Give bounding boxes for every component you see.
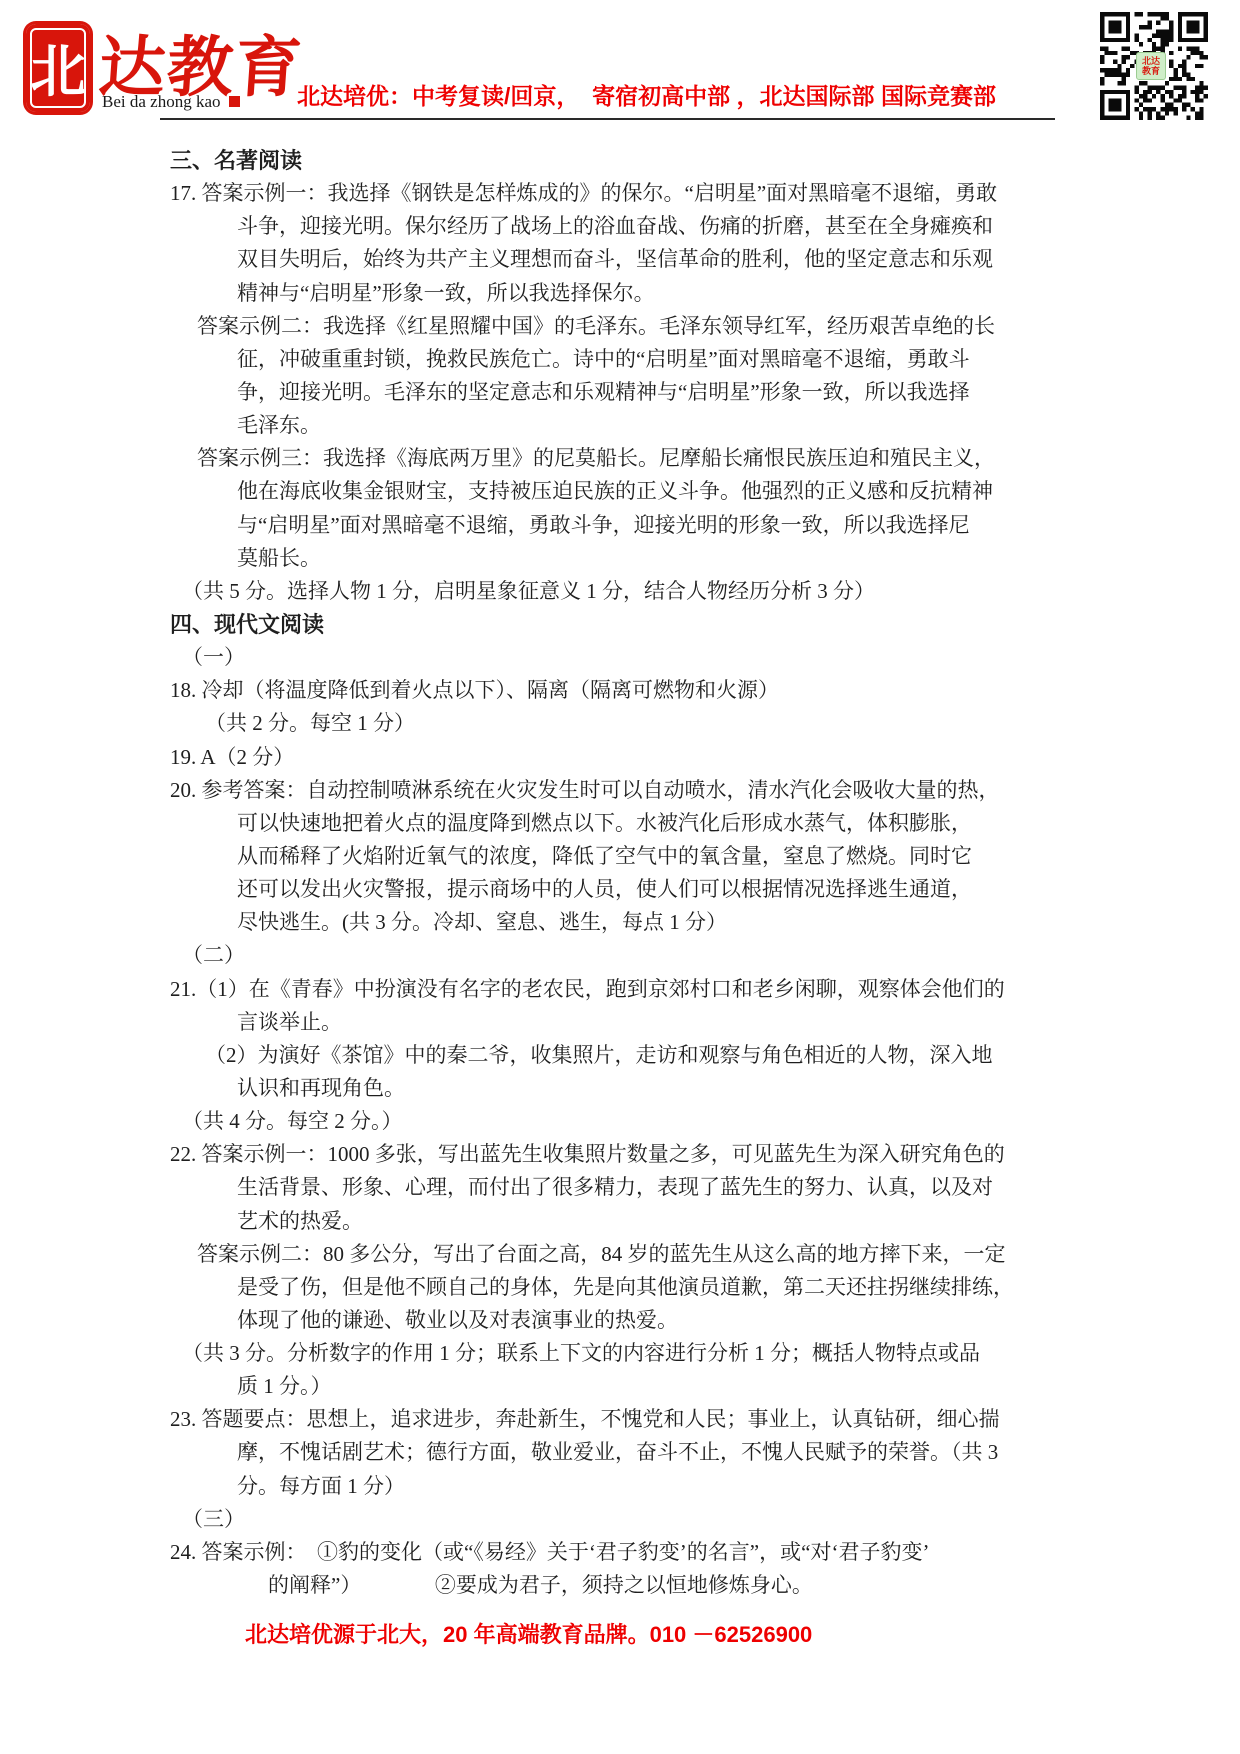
text-line: 18. 冷却（将温度降低到着火点以下）、隔离（隔离可燃物和火源）: [170, 674, 1090, 707]
text-line: 答案示例三：我选择《海底两万里》的尼莫船长。尼摩船长痛恨民族压迫和殖民主义，: [170, 442, 1090, 475]
text-line: 三、名著阅读: [170, 144, 1090, 177]
red-square-icon: [229, 96, 240, 107]
text-line: 双目失明后，始终为共产主义理想而奋斗，坚信革命的胜利，他的坚定意志和乐观: [170, 243, 1090, 276]
footer-contact: 北达培优源于北大，20 年高端教育品牌。010 －62526900: [245, 1618, 812, 1649]
text-line: 答案示例二：我选择《红星照耀中国》的毛泽东。毛泽东领导红军，经历艰苦卓绝的长: [170, 310, 1090, 343]
text-line: 17. 答案示例一：我选择《钢铁是怎样炼成的》的保尔。“启明星”面对黑暗毫不退缩…: [170, 177, 1090, 210]
text-line: 从而稀释了火焰附近氧气的浓度，降低了空气中的氧含量，窒息了燃烧。同时它: [170, 840, 1090, 873]
text-line: 21.（1）在《青春》中扮演没有名字的老农民，跑到京郊村口和老乡闲聊，观察体会他…: [170, 973, 1090, 1006]
text-line: 莫船长。: [170, 542, 1090, 575]
text-line: 19. A（2 分）: [170, 741, 1090, 774]
logo-seal-icon: 北: [26, 24, 90, 112]
text-line: （共 4 分。每空 2 分。）: [170, 1105, 1090, 1138]
text-line: （2）为演好《茶馆》中的秦二爷，收集照片，走访和观察与角色相近的人物，深入地: [170, 1039, 1090, 1072]
text-line: 可以快速地把着火点的温度降到燃点以下。水被汽化后形成水蒸气，体积膨胀，: [170, 807, 1090, 840]
logo-subtitle: Bei da zhong kao: [102, 92, 240, 112]
text-line: 征，冲破重重封锁，挽救民族危亡。诗中的“启明星”面对黑暗毫不退缩，勇敢斗: [170, 343, 1090, 376]
text-line: 生活背景、形象、心理，而付出了很多精力，表现了蓝先生的努力、认真，以及对: [170, 1171, 1090, 1204]
text-line: 分。每方面 1 分）: [170, 1470, 1090, 1503]
text-line: 24. 答案示例： ①豹的变化（或“《易经》关于‘君子豹变’的名言”，或“对‘君…: [170, 1536, 1090, 1569]
text-line: 言谈举止。: [170, 1006, 1090, 1039]
text-line: （共 3 分。分析数字的作用 1 分；联系上下文的内容进行分析 1 分；概括人物…: [170, 1337, 1090, 1370]
text-line: 与“启明星”面对黑暗毫不退缩，勇敢斗争，迎接光明的形象一致，所以我选择尼: [170, 509, 1090, 542]
text-line: （共 2 分。每空 1 分）: [170, 707, 1090, 740]
qr-center-badge: 北达 教育: [1136, 52, 1166, 80]
text-line: 摩，不愧话剧艺术；德行方面，敬业爱业，奋斗不止，不愧人民赋予的荣誉。（共 3: [170, 1436, 1090, 1469]
header-divider: [160, 118, 1055, 120]
logo-subtitle-text: Bei da zhong kao: [102, 92, 221, 111]
text-line: 斗争，迎接光明。保尔经历了战场上的浴血奋战、伤痛的折磨，甚至在全身瘫痪和: [170, 210, 1090, 243]
text-line: 是受了伤，但是他不顾自己的身体，先是向其他演员道歉，第二天还拄拐继续排练，: [170, 1271, 1090, 1304]
text-line: 体现了他的谦逊、敬业以及对表演事业的热爱。: [170, 1304, 1090, 1337]
text-line: 精神与“启明星”形象一致，所以我选择保尔。: [170, 277, 1090, 310]
text-line: （一）: [170, 641, 1090, 674]
text-line: 质 1 分。）: [170, 1370, 1090, 1403]
text-line: 尽快逃生。(共 3 分。冷却、窒息、逃生，每点 1 分）: [170, 906, 1090, 939]
document-page: 北 达教育 Bei da zhong kao 北达培优：中考复读/回京， 寄宿初…: [0, 0, 1240, 1754]
text-line: 答案示例二：80 多公分，写出了台面之高，84 岁的蓝先生从这么高的地方摔下来，…: [170, 1238, 1090, 1271]
text-line: 他在海底收集金银财宝，支持被压迫民族的正义斗争。他强烈的正义感和反抗精神: [170, 475, 1090, 508]
text-line: 20. 参考答案：自动控制喷淋系统在火灾发生时可以自动喷水，清水汽化会吸收大量的…: [170, 774, 1090, 807]
text-line: 的阐释”） ②要成为君子，须持之以恒地修炼身心。: [170, 1569, 1090, 1602]
header-tagline: 北达培优：中考复读/回京， 寄宿初高中部 ，北达国际部 国际竞赛部: [297, 78, 996, 111]
text-line: （三）: [170, 1503, 1090, 1536]
text-line: 毛泽东。: [170, 409, 1090, 442]
text-line: 认识和再现角色。: [170, 1072, 1090, 1105]
text-line: （二）: [170, 939, 1090, 972]
answer-sheet-body: 三、名著阅读17. 答案示例一：我选择《钢铁是怎样炼成的》的保尔。“启明星”面对…: [170, 144, 1090, 1602]
text-line: 四、现代文阅读: [170, 608, 1090, 641]
text-line: 23. 答题要点：思想上，追求进步，奔赴新生，不愧党和人民；事业上，认真钻研，细…: [170, 1403, 1090, 1436]
text-line: （共 5 分。选择人物 1 分，启明星象征意义 1 分，结合人物经历分析 3 分…: [170, 575, 1090, 608]
text-line: 还可以发出火灾警报，提示商场中的人员，使人们可以根据情况选择逃生通道，: [170, 873, 1090, 906]
text-line: 22. 答案示例一：1000 多张，写出蓝先生收集照片数量之多，可见蓝先生为深入…: [170, 1138, 1090, 1171]
text-line: 争，迎接光明。毛泽东的坚定意志和乐观精神与“启明星”形象一致，所以我选择: [170, 376, 1090, 409]
text-line: 艺术的热爱。: [170, 1205, 1090, 1238]
